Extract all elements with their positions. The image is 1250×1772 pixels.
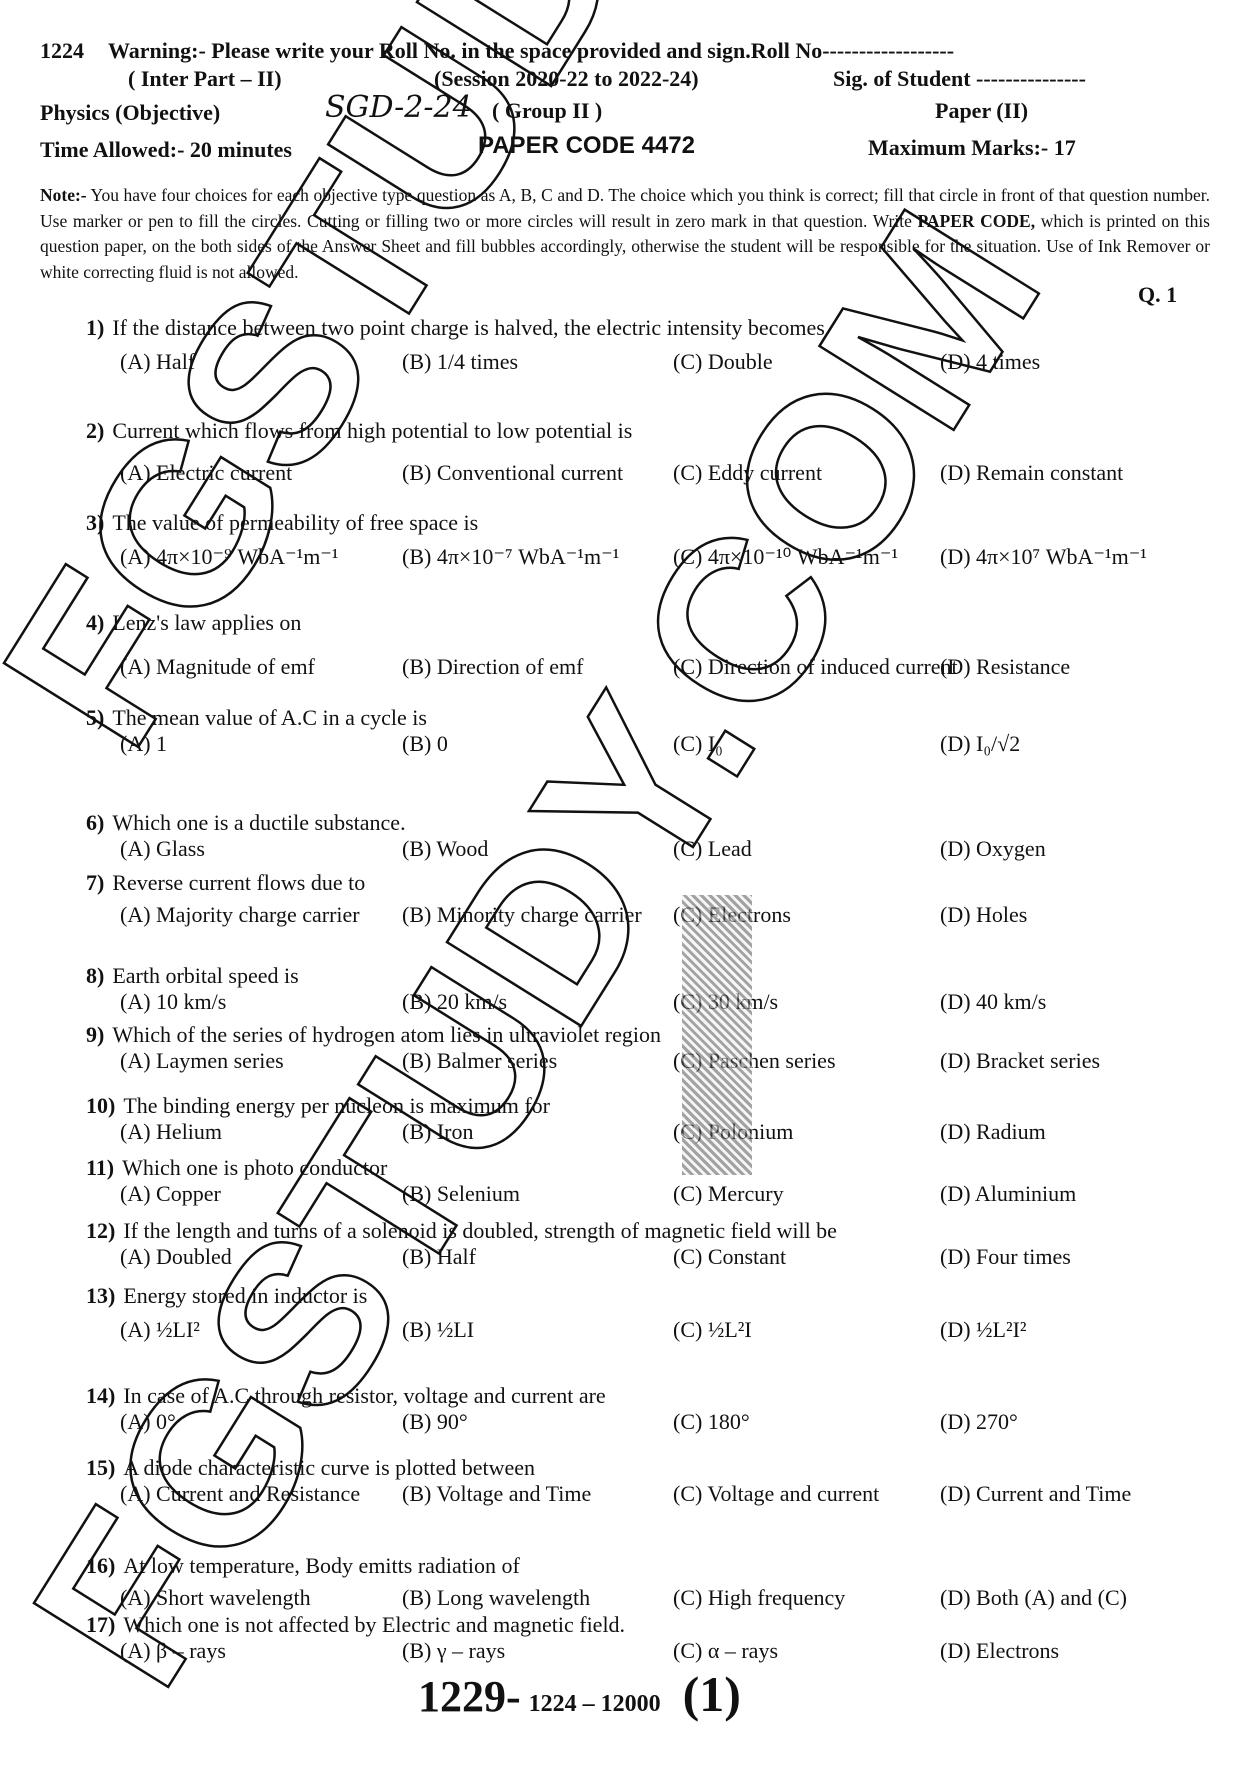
- question-2: 2)Current which flows from high potentia…: [86, 418, 1226, 490]
- group-label: ( Group II ): [492, 98, 602, 124]
- option-a: (A) 10 km/s: [120, 989, 226, 1015]
- exam-paper: 1224 Warning:- Please write your Roll No…: [0, 0, 1250, 1772]
- question-stem: 1)If the distance between two point char…: [86, 315, 1226, 341]
- option-a: (A) 1: [120, 731, 167, 757]
- option-row: (A) Laymen series(B) Balmer series(C) Pa…: [86, 1048, 1226, 1078]
- question-5: 5)The mean value of A.C in a cycle is(A)…: [86, 705, 1226, 761]
- question-text: Which of the series of hydrogen atom lie…: [112, 1022, 661, 1047]
- question-number: 16): [86, 1553, 115, 1578]
- question-13: 13)Energy stored in inductor is(A) ½LI²(…: [86, 1283, 1226, 1347]
- question-12: 12)If the length and turns of a solenoid…: [86, 1218, 1226, 1274]
- option-c: (C) 4π×10⁻¹⁰ WbA⁻¹m⁻¹: [673, 544, 898, 570]
- question-stem: 14)In case of A.C through resistor, volt…: [86, 1383, 1226, 1409]
- question-number: 17): [86, 1612, 115, 1637]
- question-8: 8)Earth orbital speed is(A) 10 km/s(B) 2…: [86, 963, 1226, 1019]
- option-d: (D) ½L²I²: [940, 1317, 1027, 1343]
- option-b: (B) Minority charge carrier: [402, 902, 642, 928]
- option-d: (D) Resistance: [940, 654, 1070, 680]
- option-c: (C) ½L²I: [673, 1317, 752, 1343]
- option-b: (B) Balmer series: [402, 1048, 557, 1074]
- option-a: (A) Copper: [120, 1181, 221, 1207]
- question-number: 4): [86, 610, 104, 635]
- option-a: (A) Current and Resistance: [120, 1481, 360, 1507]
- ink-stamp: [682, 895, 752, 1175]
- question-text: At low temperature, Body emitts radiatio…: [123, 1553, 520, 1578]
- option-row: (A) Half(B) 1/4 times(C) Double(D) 4 tim…: [86, 349, 1226, 379]
- question-stem: 8)Earth orbital speed is: [86, 963, 1226, 989]
- option-row: (A) β – rays(B) γ – rays(C) α – rays(D) …: [86, 1638, 1226, 1668]
- question-stem: 9)Which of the series of hydrogen atom l…: [86, 1022, 1226, 1048]
- paper-label: Paper (II): [935, 98, 1028, 124]
- option-row: (A) 10 km/s(B) 20 km/s(C) 30 km/s(D) 40 …: [86, 989, 1226, 1019]
- option-d: (D) 4π×10⁷ WbA⁻¹m⁻¹: [940, 544, 1147, 570]
- warning-text: Warning:- Please write your Roll No. in …: [108, 38, 954, 64]
- option-row: (A) Magnitude of emf(B) Direction of emf…: [86, 654, 1226, 684]
- option-c: (C) 180°: [673, 1409, 750, 1435]
- option-c: (C) α – rays: [673, 1638, 778, 1664]
- question-number: 3): [86, 510, 104, 535]
- option-b: (B) Wood: [402, 836, 488, 862]
- option-c: (C) Lead: [673, 836, 752, 862]
- note-paper-code: PAPER CODE,: [917, 211, 1035, 231]
- option-c: (C) Eddy current: [673, 460, 822, 486]
- question-text: Reverse current flows due to: [112, 870, 365, 895]
- option-b: (B) Long wavelength: [402, 1585, 590, 1611]
- option-row: (A) Glass(B) Wood(C) Lead(D) Oxygen: [86, 836, 1226, 866]
- page-footer: 1229- 1224 – 12000 (1): [418, 1665, 741, 1723]
- question-number: 12): [86, 1218, 115, 1243]
- option-d: (D) Bracket series: [940, 1048, 1100, 1074]
- question-text: Energy stored in inductor is: [123, 1283, 367, 1308]
- option-c: (C) Voltage and current: [673, 1481, 879, 1507]
- question-text: A diode characteristic curve is plotted …: [123, 1455, 535, 1480]
- session: (Session 2020-22 to 2022-24): [434, 66, 699, 92]
- option-b: (B) 1/4 times: [402, 349, 518, 375]
- instructions-note: Note:- You have four choices for each ob…: [40, 183, 1210, 285]
- question-10: 10)The binding energy per nucleon is max…: [86, 1093, 1226, 1149]
- question-15: 15)A diode characteristic curve is plott…: [86, 1455, 1226, 1511]
- option-b: (B) Selenium: [402, 1181, 520, 1207]
- option-b: (B) 20 km/s: [402, 989, 507, 1015]
- handwritten-code: SGD-2-24: [325, 90, 472, 125]
- option-a: (A) 4π×10⁻⁹ WbA⁻¹m⁻¹: [120, 544, 339, 570]
- question-stem: 5)The mean value of A.C in a cycle is: [86, 705, 1226, 731]
- option-row: (A) Current and Resistance(B) Voltage an…: [86, 1481, 1226, 1511]
- option-a: (A) Glass: [120, 836, 205, 862]
- question-6: 6)Which one is a ductile substance.(A) G…: [86, 810, 1226, 866]
- time-allowed: Time Allowed:- 20 minutes: [40, 137, 292, 163]
- question-text: If the distance between two point charge…: [112, 315, 825, 340]
- option-b: (B) Iron: [402, 1119, 473, 1145]
- option-b: (B) Voltage and Time: [402, 1481, 591, 1507]
- option-row: (A) Helium(B) Iron(C) Polonium(D) Radium: [86, 1119, 1226, 1149]
- question-stem: 16)At low temperature, Body emitts radia…: [86, 1553, 1226, 1579]
- option-a: (A) Majority charge carrier: [120, 902, 360, 928]
- option-b: (B) 0: [402, 731, 448, 757]
- option-d: (D) Four times: [940, 1244, 1071, 1270]
- option-row: (A) Doubled(B) Half(C) Constant(D) Four …: [86, 1244, 1226, 1274]
- option-d: (D) Holes: [940, 902, 1027, 928]
- question-stem: 12)If the length and turns of a solenoid…: [86, 1218, 1226, 1244]
- question-number: 15): [86, 1455, 115, 1480]
- option-d: (D) Remain constant: [940, 460, 1123, 486]
- option-d: (D) Electrons: [940, 1638, 1059, 1664]
- option-a: (A) Electric current: [120, 460, 292, 486]
- question-text: Earth orbital speed is: [112, 963, 298, 988]
- question-number: 2): [86, 418, 104, 443]
- option-a: (A) Half: [120, 349, 195, 375]
- question-text: The binding energy per nucleon is maximu…: [123, 1093, 550, 1118]
- option-a: (A) ½LI²: [120, 1317, 200, 1343]
- option-d: (D) 270°: [940, 1409, 1018, 1435]
- option-c: (C) Double: [673, 349, 773, 375]
- question-number: 1): [86, 315, 104, 340]
- option-d: (D) 40 km/s: [940, 989, 1046, 1015]
- page-number: (1): [683, 1666, 741, 1722]
- question-text: Which one is photo conductor: [122, 1155, 387, 1180]
- option-c: (C) High frequency: [673, 1585, 845, 1611]
- paper-code: PAPER CODE 4472: [478, 132, 695, 160]
- question-number: 10): [86, 1093, 115, 1118]
- question-stem: 10)The binding energy per nucleon is max…: [86, 1093, 1226, 1119]
- question-text: Lenz's law applies on: [112, 610, 301, 635]
- question-text: Current which flows from high potential …: [112, 418, 632, 443]
- option-b: (B) 90°: [402, 1409, 468, 1435]
- option-c: (C) Direction of induced current: [673, 654, 958, 680]
- option-b: (B) Half: [402, 1244, 476, 1270]
- option-b: (B) ½LI: [402, 1317, 474, 1343]
- paper-number: 1224: [40, 38, 84, 64]
- question-number: 14): [86, 1383, 115, 1408]
- option-a: (A) Doubled: [120, 1244, 232, 1270]
- question-9: 9)Which of the series of hydrogen atom l…: [86, 1022, 1226, 1078]
- option-row: (A) Majority charge carrier(B) Minority …: [86, 902, 1226, 932]
- question-16: 16)At low temperature, Body emitts radia…: [86, 1553, 1226, 1615]
- question-3: 3)The value of permeability of free spac…: [86, 510, 1226, 574]
- question-stem: 2)Current which flows from high potentia…: [86, 418, 1226, 444]
- footer-mid: 1224 – 12000: [529, 1691, 661, 1717]
- option-c: (C) I₀: [673, 731, 723, 757]
- question-1: 1)If the distance between two point char…: [86, 315, 1226, 379]
- option-d: (D) 4 times: [940, 349, 1040, 375]
- footer-code: 1229-: [418, 1672, 521, 1721]
- question-text: In case of A.C through resistor, voltage…: [123, 1383, 605, 1408]
- question-number: 13): [86, 1283, 115, 1308]
- option-d: (D) Both (A) and (C): [940, 1585, 1127, 1611]
- option-b: (B) Conventional current: [402, 460, 623, 486]
- question-number: 6): [86, 810, 104, 835]
- question-text: If the length and turns of a solenoid is…: [123, 1218, 837, 1243]
- option-a: (A) Laymen series: [120, 1048, 284, 1074]
- option-d: (D) Oxygen: [940, 836, 1046, 862]
- question-stem: 6)Which one is a ductile substance.: [86, 810, 1226, 836]
- question-7: 7)Reverse current flows due to(A) Majori…: [86, 870, 1226, 932]
- option-row: (A) 4π×10⁻⁹ WbA⁻¹m⁻¹(B) 4π×10⁻⁷ WbA⁻¹m⁻¹…: [86, 544, 1226, 574]
- option-d: (D) Radium: [940, 1119, 1046, 1145]
- option-row: (A) Short wavelength(B) Long wavelength(…: [86, 1585, 1226, 1615]
- question-number: 11): [86, 1155, 114, 1180]
- question-number: 9): [86, 1022, 104, 1047]
- option-d: (D) Current and Time: [940, 1481, 1131, 1507]
- option-a: (A) β – rays: [120, 1638, 226, 1664]
- question-text: Which one is not affected by Electric an…: [123, 1612, 625, 1637]
- option-b: (B) 4π×10⁻⁷ WbA⁻¹m⁻¹: [402, 544, 619, 570]
- option-row: (A) Copper(B) Selenium(C) Mercury(D) Alu…: [86, 1181, 1226, 1211]
- question-stem: 11)Which one is photo conductor: [86, 1155, 1226, 1181]
- option-row: (A) 0°(B) 90°(C) 180°(D) 270°: [86, 1409, 1226, 1439]
- option-a: (A) Short wavelength: [120, 1585, 311, 1611]
- question-14: 14)In case of A.C through resistor, volt…: [86, 1383, 1226, 1439]
- question-stem: 13)Energy stored in inductor is: [86, 1283, 1226, 1309]
- option-d: (D) Aluminium: [940, 1181, 1076, 1207]
- question-stem: 4)Lenz's law applies on: [86, 610, 1226, 636]
- subject-title: Physics (Objective): [40, 100, 220, 126]
- option-b: (B) γ – rays: [402, 1638, 505, 1664]
- option-b: (B) Direction of emf: [402, 654, 583, 680]
- question-stem: 3)The value of permeability of free spac…: [86, 510, 1226, 536]
- note-label: Note:-: [40, 185, 87, 205]
- option-a: (A) 0°: [120, 1409, 176, 1435]
- question-number: 7): [86, 870, 104, 895]
- option-d: (D) I₀/√2: [940, 731, 1020, 757]
- option-c: (C) Constant: [673, 1244, 786, 1270]
- question-text: Which one is a ductile substance.: [112, 810, 405, 835]
- student-signature: Sig. of Student ---------------: [833, 66, 1086, 92]
- question-stem: 15)A diode characteristic curve is plott…: [86, 1455, 1226, 1481]
- question-number: 8): [86, 963, 104, 988]
- question-text: The value of permeability of free space …: [112, 510, 478, 535]
- option-row: (A) Electric current(B) Conventional cur…: [86, 460, 1226, 490]
- option-row: (A) 1(B) 0(C) I₀(D) I₀/√2: [86, 731, 1226, 761]
- inter-part: ( Inter Part – II): [128, 66, 282, 92]
- option-a: (A) Magnitude of emf: [120, 654, 315, 680]
- question-label: Q. 1: [1138, 282, 1177, 308]
- option-c: (C) Mercury: [673, 1181, 784, 1207]
- question-stem: 7)Reverse current flows due to: [86, 870, 1226, 896]
- question-11: 11)Which one is photo conductor(A) Coppe…: [86, 1155, 1226, 1211]
- question-17: 17)Which one is not affected by Electric…: [86, 1612, 1226, 1668]
- question-number: 5): [86, 705, 104, 730]
- option-row: (A) ½LI²(B) ½LI(C) ½L²I(D) ½L²I²: [86, 1317, 1226, 1347]
- question-4: 4)Lenz's law applies on(A) Magnitude of …: [86, 610, 1226, 684]
- maximum-marks: Maximum Marks:- 17: [868, 135, 1076, 161]
- question-stem: 17)Which one is not affected by Electric…: [86, 1612, 1226, 1638]
- question-text: The mean value of A.C in a cycle is: [112, 705, 427, 730]
- option-a: (A) Helium: [120, 1119, 222, 1145]
